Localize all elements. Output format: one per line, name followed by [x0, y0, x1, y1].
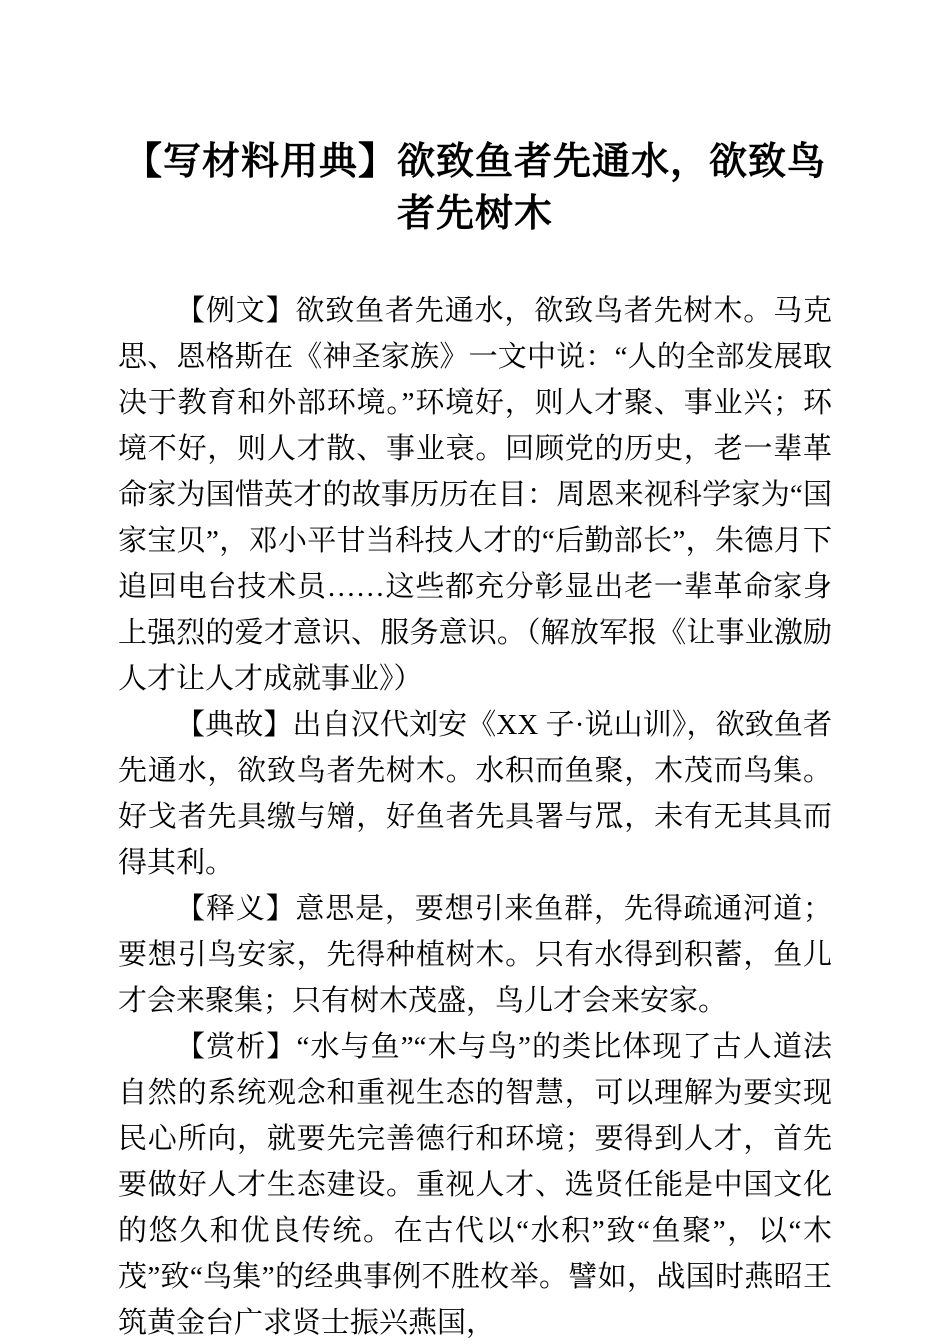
paragraph-appreciation-shangxi: 【赏析】“水与鱼”“木与鸟”的类比体现了古人道法自然的系统观念和重视生态的智慧，…: [118, 1024, 832, 1344]
paragraph-definition-shiyi: 【释义】意思是，要想引来鱼群，先得疏通河道；要想引鸟安家，先得种植树木。只有水得…: [118, 886, 832, 1024]
paragraph-example-liwen: 【例文】欲致鱼者先通水，欲致鸟者先树木。马克思、恩格斯在《神圣家族》一文中说：“…: [118, 288, 832, 702]
paragraph-allusion-diangu: 【典故】出自汉代刘安《XX 子·说山训》，欲致鱼者先通水，欲致鸟者先树木。水积而…: [118, 702, 832, 886]
document-title: 【写材料用典】欲致鱼者先通水，欲致鸟者先树木: [118, 136, 832, 240]
document-body: 【例文】欲致鱼者先通水，欲致鸟者先树木。马克思、恩格斯在《神圣家族》一文中说：“…: [118, 288, 832, 1344]
document-page: 【写材料用典】欲致鱼者先通水，欲致鸟者先树木 【例文】欲致鱼者先通水，欲致鸟者先…: [0, 0, 950, 1344]
